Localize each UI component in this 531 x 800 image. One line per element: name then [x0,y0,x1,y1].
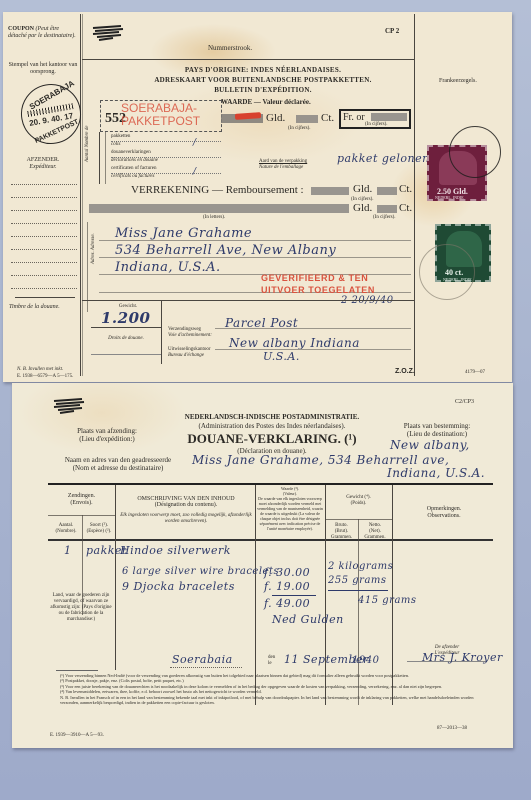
customs-duty-label: Droits de douane. [91,336,161,342]
origin-country-label: Land, waar de goederen zijn vervaardigd,… [48,593,114,623]
count-rows: pakketten colis douaneverklaringen décla… [111,134,221,182]
form-code: CP 2 [385,27,399,35]
postage-label: Frankeerzegels. [439,78,477,85]
col-number: Aantal. (Nombre). [50,523,82,535]
admin-subtitle: (Administration des Postes des Indes née… [152,422,392,430]
customs-form-code: C2/CP3 [455,399,474,406]
count-label: Aantal Nombre de [85,122,91,162]
weight-value[interactable]: 1.200 [101,309,150,327]
verification-stamp: GEVERIFIEERD & TEN UITVOER TOEGELATEN [261,272,375,296]
coupon-print-code: E. 1938—6579—A 5—175. [17,374,73,380]
row-2-weight[interactable]: 2 kilograms [328,561,393,572]
customs-print-code-right: 87—2013—38 [437,726,467,732]
soerabaja-red-stamp: SOERABAJA- PAKKETPOST [121,102,200,128]
col-value: Waarde (³). (Valeur). De waarde van elk … [257,486,323,531]
exchange-office-value-1[interactable]: New albany Indiana [229,336,360,350]
gold-franc-field[interactable] [371,113,407,121]
header-subtitle: BULLETIN D'EXPÉDITION. [113,86,413,94]
stamp-postmark-1 [449,126,501,178]
row-1-number[interactable]: 1 [64,544,72,557]
admin-title: NEDERLANDSCH-INDISCHE POSTADMINISTRATIE. [152,413,392,421]
coupon-stamp-label: Stempel van het kantoor van oorsprong. [8,62,78,76]
col-kind: Soort (²). (Espèce) (²). [83,523,115,535]
card-print-code: 4179—07 [465,370,485,376]
cod-ct-field[interactable] [377,187,397,195]
col-remarks: Opmerkingen. Observations. [394,506,494,520]
place-signed[interactable]: Soerabaia [172,653,233,666]
exchange-office-value-2[interactable]: U.S.A. [263,350,300,363]
customs-declaration-form: C2/CP3 NEDERLANDSCH-INDISCHE POSTADMINIS… [12,383,513,748]
postal-logo-icon-2 [52,397,86,415]
col-net: Netto. (Net). Grammen. [358,523,392,541]
year-signed[interactable]: 1940 [352,655,379,666]
parcel-address-card: COUPON (Peut être détaché par le destina… [3,12,512,382]
row-2-contents[interactable]: 6 large silver wire bracelets [122,566,279,577]
address-line-2[interactable]: 534 Beharrell Ave, New Albany [115,243,336,258]
header-country: PAYS D'ORIGINE: INDES NÉERLANDAISES. [113,66,413,74]
number-label-box: 552 SOERABAJA- PAKKETPOST [100,100,222,132]
row-3-weight[interactable]: 255 grams [328,575,387,586]
cod-letters-field[interactable] [89,204,349,213]
col-weight: Gewicht (⁴). (Poids). [325,495,392,507]
sender-label-block: AFZENDER. Expéditeur. [8,157,78,171]
destination-label: Plaats van bestemming: (Lieu de destinat… [377,422,497,438]
row-2-value[interactable]: f. 30.00 [264,566,310,579]
coupon-footnote: N. B. Invullen met inkt. [17,367,63,373]
zoz-label: Z.O.Z. [395,368,415,375]
footnotes: (¹) Voor verzending binnen Ned-Indië (vo… [60,673,490,705]
destination-value-1[interactable]: New albany, [390,438,470,452]
postal-logo-icon [91,24,125,42]
stamp-postmark-2 [419,244,475,300]
den-label: den le [268,655,275,667]
header-title: ADRESKAART VOOR BUITENLANDSCHE POSTPAKKE… [113,76,413,84]
address-label: Adres. Adresse. [91,233,97,264]
packaging-label: Aard van de verpakking Nature de l'embal… [259,159,307,171]
destination-value-2[interactable]: Indiana, U.S.A. [387,466,485,480]
coupon-title: COUPON [8,26,34,32]
postmark-soerabaja: SOERABAJA 20. 9. 40. 17 PAKKETPOST [16,79,86,149]
origin-place-label: Plaats van afzending: (Lieu d'expédition… [52,427,162,443]
row-3-contents[interactable]: 9 Djocka bracelets [122,580,235,593]
number-strip-label: Nummerstrook. [208,44,252,52]
address-line-1[interactable]: Miss Jane Grahame [115,226,252,241]
addressee-value[interactable]: Miss Jane Grahame, 534 Beharrell ave, [192,453,449,467]
route-label: Verzendingsweg Voie d'acheminement: [168,327,212,339]
gold-franc-box: Fr. or (In cijfers). [339,109,411,129]
postage-divider [414,14,415,376]
declaration-title: DOUANE-VERKLARING. (¹) [162,431,382,447]
col-contents: OMSCHRIJVING VAN DEN INHOUD (Désignation… [118,496,254,525]
address-line-3[interactable]: Indiana, U.S.A. [115,260,221,275]
coupon-title-block: COUPON (Peut être détaché par le destina… [8,26,78,40]
total-value-note[interactable]: Ned Gulden [272,613,344,626]
cod-title: VERREKENING — Remboursement : [131,184,304,196]
row-1-contents[interactable]: Hindoe silverwerk [120,544,231,557]
addressee-label: Naam en adres van den geadresseerde (Nom… [48,456,188,472]
declared-value-label: WAARDE — Valeur déclarée. [221,98,311,106]
customs-print-code-left: E. 1939—3910—A 5—93. [50,733,104,739]
row-3-value[interactable]: f. 19.00 [264,580,310,593]
declared-value-ct-field[interactable] [296,115,318,123]
signature[interactable]: Mrs J. Kroyer [422,651,503,664]
col-shipments: Zendingen. (Envois). [48,493,115,507]
customs-stamp-label: Timbre de la douane. [9,304,60,311]
exchange-office-label: Uitwisselingskantoor Bureau d'échange [168,347,211,359]
coupon-divider [80,14,81,376]
total-weight[interactable]: 415 grams [358,595,417,606]
cod-gld-field[interactable] [311,187,349,195]
packaging-value[interactable]: pakket gelonenk [337,152,437,165]
total-value[interactable]: f. 49.00 [264,597,310,610]
col-gross: Bruto. (Brut). Grammen. [325,523,358,541]
